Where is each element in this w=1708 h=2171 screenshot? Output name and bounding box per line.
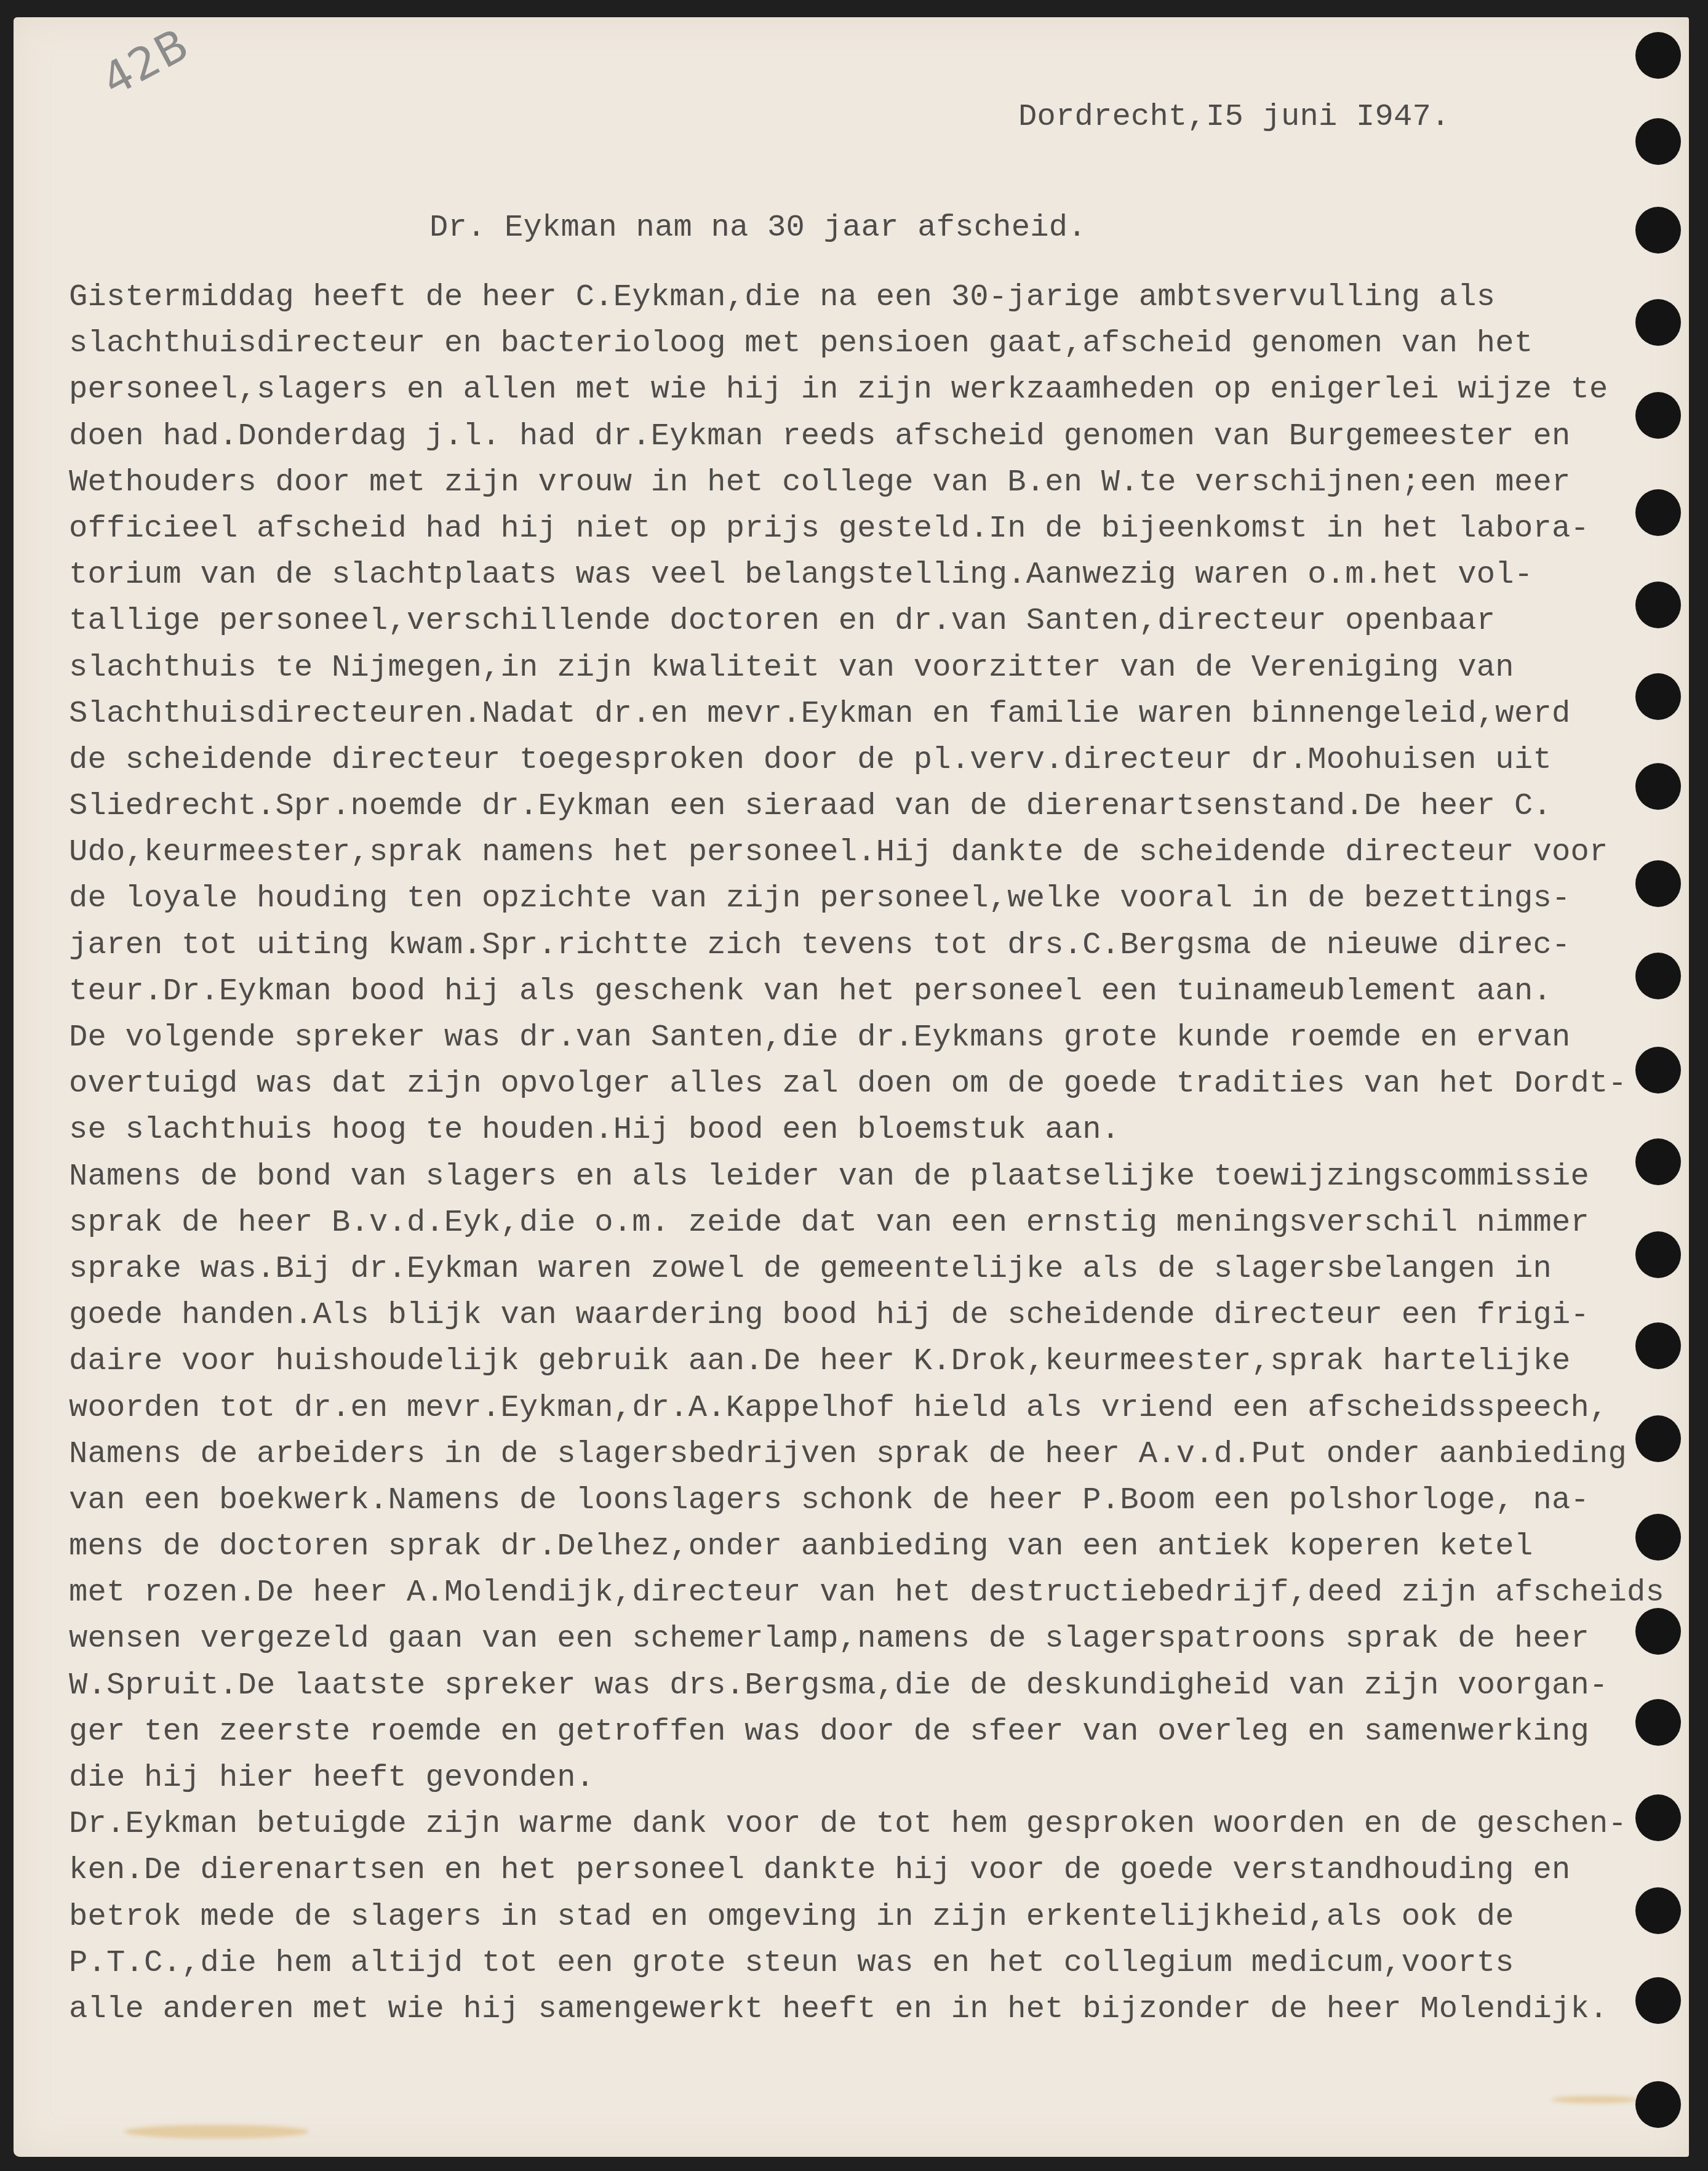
body-line: se slachthuis hoog te houden.Hij bood ee… [69, 1107, 1664, 1153]
headline: Dr. Eykman nam na 30 jaar afscheid. [429, 213, 1087, 244]
body-line: P.T.C.,die hem altijd tot een grote steu… [69, 1940, 1664, 1986]
body-line: slachthuisdirecteur en bacterioloog met … [69, 321, 1664, 367]
body-line: daire voor huishoudelijk gebruik aan.De … [69, 1338, 1664, 1385]
punch-hole-icon [1635, 860, 1681, 907]
typewritten-letter-page: 42B Dordrecht,I5 juni I947. Dr. Eykman n… [14, 17, 1689, 2157]
punch-hole-icon [1635, 763, 1681, 810]
punch-hole-icon [1635, 1138, 1681, 1185]
body-line: slachthuis te Nijmegen,in zijn kwaliteit… [69, 645, 1664, 691]
body-line: ken.De dierenartsen en het personeel dan… [69, 1847, 1664, 1893]
body-line: de scheidende directeur toegesproken doo… [69, 737, 1664, 783]
body-line: mens de doctoren sprak dr.Delhez,onder a… [69, 1524, 1664, 1570]
body-line: Sliedrecht.Spr.noemde dr.Eykman een sier… [69, 783, 1664, 830]
body-line: De volgende spreker was dr.van Santen,di… [69, 1015, 1664, 1061]
body-line: doen had.Donderdag j.l. had dr.Eykman re… [69, 414, 1664, 460]
body-line: Namens de arbeiders in de slagersbedrijv… [69, 1431, 1664, 1477]
body-line: alle anderen met wie hij samengewerkt he… [69, 1986, 1664, 2033]
body-line: ger ten zeerste roemde en getroffen was … [69, 1709, 1664, 1755]
punch-hole-icon [1635, 118, 1681, 165]
body-line: de loyale houding ten opzichte van zijn … [69, 876, 1664, 922]
body-line: Slachthuisdirecteuren.Nadat dr.en mevr.E… [69, 691, 1664, 737]
punch-hole-icon [1635, 1699, 1681, 1746]
body-line: overtuigd was dat zijn opvolger alles za… [69, 1061, 1664, 1107]
body-line: sprak de heer B.v.d.Eyk,die o.m. zeide d… [69, 1200, 1664, 1246]
punch-hole-icon [1635, 953, 1681, 999]
punch-hole-icon [1635, 299, 1681, 346]
punch-hole-icon [1635, 1415, 1681, 1462]
punch-hole-icon [1635, 1887, 1681, 1934]
paper-stain [1552, 2096, 1638, 2103]
punch-hole-icon [1635, 32, 1681, 79]
body-line: betrok mede de slagers in stad en omgevi… [69, 1894, 1664, 1940]
punch-hole-icon [1635, 2081, 1681, 2128]
body-line: Namens de bond van slagers en als leider… [69, 1154, 1664, 1200]
body-line: officieel afscheid had hij niet op prijs… [69, 506, 1664, 552]
body-line: goede handen.Als blijk van waardering bo… [69, 1292, 1664, 1338]
punch-hole-icon [1635, 1231, 1681, 1278]
body-line: wensen vergezeld gaan van een schemerlam… [69, 1616, 1664, 1662]
body-line: Gistermiddag heeft de heer C.Eykman,die … [69, 274, 1664, 321]
body-line: woorden tot dr.en mevr.Eykman,dr.A.Kappe… [69, 1385, 1664, 1431]
body-line: teur.Dr.Eykman bood hij als geschenk van… [69, 969, 1664, 1015]
punch-hole-icon [1635, 1322, 1681, 1369]
body-line: W.Spruit.De laatste spreker was drs.Berg… [69, 1663, 1664, 1709]
punch-hole-icon [1635, 582, 1681, 628]
punch-hole-icon [1635, 1047, 1681, 1093]
punch-hole-icon [1635, 489, 1681, 536]
body-line: tallige personeel,verschillende doctoren… [69, 598, 1664, 644]
article-body: Gistermiddag heeft de heer C.Eykman,die … [69, 274, 1664, 2033]
body-line: Udo,keurmeester,sprak namens het persone… [69, 830, 1664, 876]
body-line: torium van de slachtplaats was veel bela… [69, 552, 1664, 598]
punch-hole-icon [1635, 1608, 1681, 1655]
body-line: jaren tot uiting kwam.Spr.richtte zich t… [69, 922, 1664, 969]
punch-hole-icon [1635, 207, 1681, 254]
body-line: sprake was.Bij dr.Eykman waren zowel de … [69, 1246, 1664, 1292]
body-line: met rozen.De heer A.Molendijk,directeur … [69, 1570, 1664, 1616]
punch-hole-icon [1635, 1794, 1681, 1841]
punch-hole-icon [1635, 392, 1681, 439]
handwritten-archive-number: 42B [94, 18, 198, 106]
body-line: Dr.Eykman betuigde zijn warme dank voor … [69, 1801, 1664, 1847]
punch-hole-icon [1635, 673, 1681, 720]
body-line: personeel,slagers en allen met wie hij i… [69, 367, 1664, 413]
paper-stain [124, 2125, 309, 2138]
body-line: die hij hier heeft gevonden. [69, 1755, 1664, 1801]
body-line: Wethouders door met zijn vrouw in het co… [69, 460, 1664, 506]
punch-hole-icon [1635, 1514, 1681, 1561]
punch-hole-icon [1635, 1977, 1681, 2024]
dateline: Dordrecht,I5 juni I947. [1018, 102, 1450, 134]
body-line: van een boekwerk.Namens de loonslagers s… [69, 1477, 1664, 1524]
